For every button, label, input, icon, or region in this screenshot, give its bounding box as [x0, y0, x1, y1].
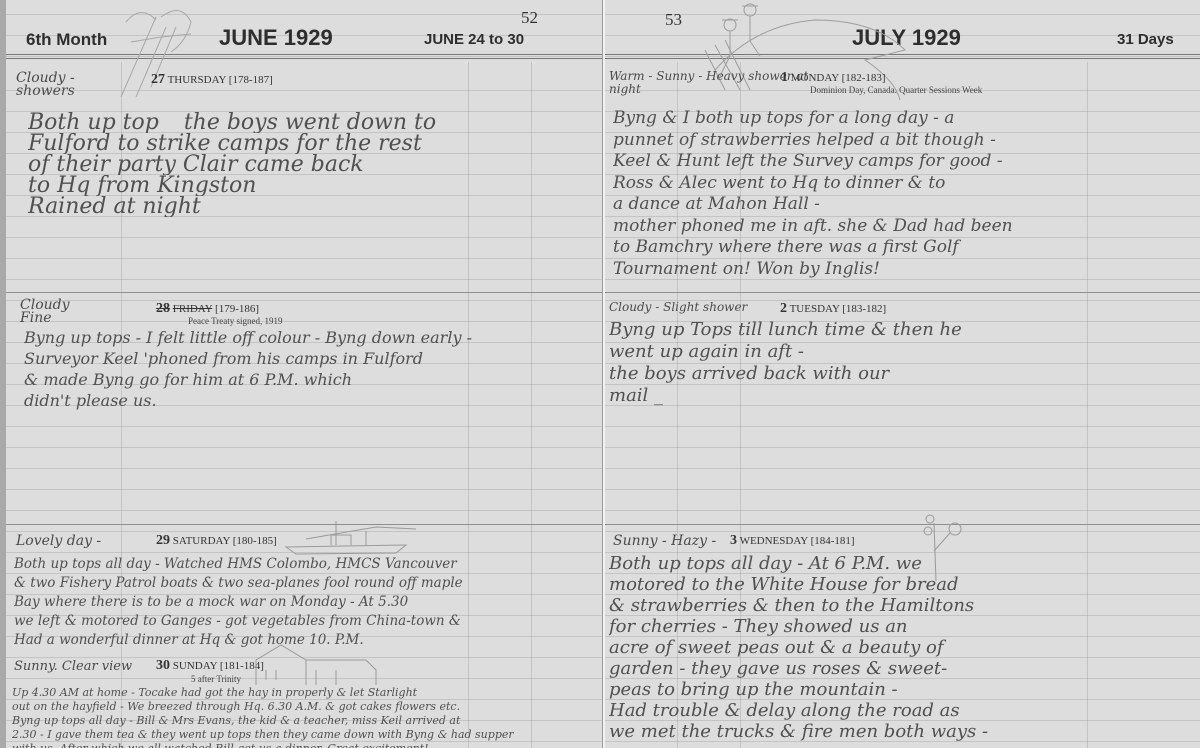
diary-entry-text: Both up tops all day - Watched HMS Colom…: [14, 555, 463, 650]
diary-entry-text: Byng up Tops till lunch time & then he w…: [609, 319, 962, 407]
house-sketch: [236, 640, 396, 690]
holiday-note: Dominion Day, Canada. Quarter Sessions W…: [810, 85, 982, 95]
weather-note: Sunny. Clear view: [14, 660, 132, 673]
left-page-june: 6th Month JUNE 1929 52 JUNE 24 to 30 Clo…: [0, 0, 603, 748]
day-entry-june-27: Cloudy - showers 27 THURSDAY [178-187] B…: [6, 62, 603, 290]
day-entry-june-30: Sunny. Clear view 30 SUNDAY [181-184] 5 …: [6, 652, 603, 748]
day-heading: 27 THURSDAY [178-187]: [151, 72, 273, 88]
day-heading: 1 MONDAY [182-183]: [781, 70, 886, 86]
holiday-note: Peace Treaty signed, 1919: [188, 316, 283, 326]
weather-note: Warm - Sunny - Heavy shower at night: [609, 70, 809, 96]
right-page-july: 53 JULY 1929 31 Days Warm - Sunny - Heav…: [605, 0, 1200, 748]
weather-note: Lovely day -: [16, 535, 101, 548]
day-heading: 28 FRIDAY [179-186]: [156, 301, 259, 317]
day-heading: 2 TUESDAY [183-182]: [780, 301, 886, 317]
weather-note: Cloudy Fine: [20, 299, 100, 325]
left-page-header: 6th Month JUNE 1929 52 JUNE 24 to 30: [6, 0, 603, 56]
diary-entry-text: Up 4.30 AM at home - Tocake had got the …: [12, 686, 514, 748]
diary-spread: 6th Month JUNE 1929 52 JUNE 24 to 30 Clo…: [0, 0, 1200, 748]
church-calendar-note: 5 after Trinity: [191, 674, 241, 684]
day-entry-july-1: Warm - Sunny - Heavy shower at night 1 M…: [605, 62, 1200, 290]
month-label: 6th Month: [26, 30, 107, 50]
day-entry-july-2: Cloudy - Slight shower 2 TUESDAY [183-18…: [605, 293, 1200, 513]
days-in-month: 31 Days: [1117, 31, 1174, 48]
week-range: JUNE 24 to 30: [424, 31, 524, 48]
page-number: 53: [665, 10, 682, 30]
ship-sketch: [276, 519, 426, 559]
day-heading: 3 WEDNESDAY [184-181]: [730, 533, 855, 549]
day-heading: 29 SATURDAY [180-185]: [156, 533, 277, 549]
page-title: JUNE 1929: [219, 25, 333, 51]
diary-entry-text: Both up top _ the boys went down to Fulf…: [28, 112, 436, 217]
weather-note: Sunny - Hazy -: [613, 535, 716, 548]
diary-entry-text: Both up tops all day - At 6 P.M. we moto…: [609, 553, 988, 742]
weather-note: Cloudy - showers: [16, 72, 106, 98]
day-entry-july-3: Sunny - Hazy - 3 WEDNESDAY [184-181] Bot…: [605, 525, 1200, 748]
day-entry-june-29: Lovely day - 29 SATURDAY [180-185] Both …: [6, 525, 603, 650]
weather-note: Cloudy - Slight shower: [609, 301, 747, 314]
page-number: 52: [521, 8, 538, 28]
diary-entry-text: Byng up tops - I felt little off colour …: [24, 327, 472, 411]
diary-entry-text: Byng & I both up tops for a long day - a…: [613, 108, 1013, 280]
day-entry-june-28: Cloudy Fine 28 FRIDAY [179-186] Peace Tr…: [6, 293, 603, 513]
